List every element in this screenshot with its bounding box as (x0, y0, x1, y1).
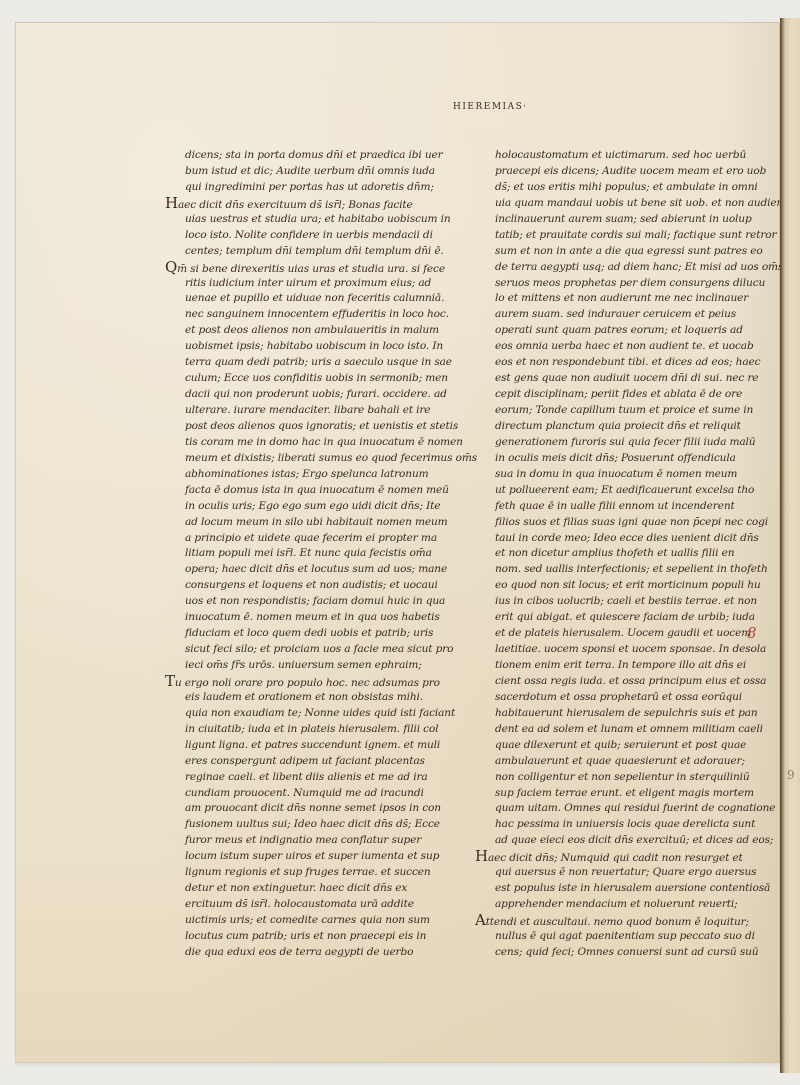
margin-faint-numeral: 9 (787, 768, 795, 782)
text-line: die qua eduxi eos de terra aegypti de ue… (185, 945, 485, 961)
text-line: dacii qui non proderunt uobis; furari. o… (185, 387, 485, 403)
text-line: Haec dicit dn̄s; Numquid qui cadit non r… (475, 849, 795, 865)
text-line: feth quae ē in ualle filii ennom ut ince… (495, 499, 795, 515)
text-line: habitauerunt hierusalem de sepulchris su… (495, 706, 795, 722)
text-line: loco isto. Nolite confidere in uerbis me… (185, 228, 485, 244)
text-line: ritis iudicium inter uirum et proximum e… (185, 276, 485, 292)
text-line: locutus cum patrib; uris et non praecepi… (185, 929, 485, 945)
text-line: nec sanguinem innocentem effuderitis in … (185, 307, 485, 323)
text-line: fusionem uultus sui; Ideo haec dicit dn̄… (185, 817, 485, 833)
text-line: eres conspergunt adipem ut faciant place… (185, 754, 485, 770)
initial-letter: T (165, 672, 175, 690)
text-line: seruos meos prophetas per diem consurgen… (495, 276, 795, 292)
text-line: inclinauerunt aurem suam; sed abierunt i… (495, 212, 795, 228)
text-line: terra quam dedi patrib; uris a saeculo u… (185, 355, 485, 371)
text-line: eos et non respondebunt tibi. et dices a… (495, 355, 795, 371)
text-line: Qm̄ si bene direxeritis uias uras et stu… (165, 260, 485, 276)
text-line: generationem furoris sui quia fecer fili… (495, 435, 795, 451)
text-line: est populus iste in hierusalem auersione… (495, 881, 795, 897)
text-line: eis laudem et orationem et non obsistas … (185, 690, 485, 706)
text-line: abhominationes istas; Ergo spelunca latr… (185, 467, 485, 483)
text-line: a principio et uidete quae fecerim ei pr… (185, 531, 485, 547)
text-line: ieci om̄s fr̄s urōs. uniuersum semen eph… (185, 658, 485, 674)
manuscript-page: HIEREMIAS· dicens; sta in porta domus dn… (15, 22, 780, 1063)
text-line: aurem suam. sed indurauer ceruicem et pe… (495, 307, 795, 323)
text-line: quia non exaudiam te; Nonne uides quid i… (185, 706, 485, 722)
text-line: quae dilexerunt et quib; seruierunt et p… (495, 738, 795, 754)
running-title: HIEREMIAS· (453, 102, 528, 112)
text-line: lignum regionis et sup fruges terrae. et… (185, 865, 485, 881)
book-gutter (780, 18, 800, 1073)
text-line: uia quam mandaui uobis ut bene sit uob. … (495, 196, 795, 212)
text-line: nom. sed uallis interfectionis; et sepel… (495, 562, 795, 578)
text-line: consurgens et loquens et non audistis; e… (185, 578, 485, 594)
text-line: detur et non extinguetur. haec dicit dn̄… (185, 881, 485, 897)
text-line: taui in corde meo; Ideo ecce dies uenien… (495, 531, 795, 547)
text-line: centes; templum dn̄i templum dn̄i templu… (185, 244, 485, 260)
text-line: opera; haec dicit dn̄s et locutus sum ad… (185, 562, 485, 578)
line-text: u ergo noli orare pro populo hoc. nec ad… (175, 677, 440, 689)
text-line: qui ingredimini per portas has ut adoret… (185, 180, 485, 196)
text-line: eorum; Tonde capillum tuum et proice et … (495, 403, 795, 419)
left-text-column: dicens; sta in porta domus dn̄i et praed… (185, 148, 485, 961)
text-line: ut pollueerent eam; Et aedificauerunt ex… (495, 483, 795, 499)
text-line: non colligentur et non sepelientur in st… (495, 770, 795, 786)
text-line: ad quae eieci eos dicit dn̄s exercituū; … (495, 833, 795, 849)
text-line: bum istud et dic; Audite uerbum dn̄i omn… (185, 164, 485, 180)
text-line: Attendi et auscultaui. nemo quod bonum ē… (475, 913, 795, 929)
text-line: post deos alienos quos ignoratis; et uen… (185, 419, 485, 435)
text-line: praecepi eis dicens; Audite uocem meam e… (495, 164, 795, 180)
text-line: uos et non respondistis; faciam domui hu… (185, 594, 485, 610)
text-line: reginae caeli. et libent diis alienis et… (185, 770, 485, 786)
initial-letter: Q (165, 258, 177, 276)
text-line: meum et dixistis; liberati sumus eo quod… (185, 451, 485, 467)
text-line: lo et mittens et non audierunt me nec in… (495, 291, 795, 307)
text-line: sup faciem terrae erunt. et eligent magi… (495, 786, 795, 802)
text-line: sacerdotum et ossa prophetarū et ossa eo… (495, 690, 795, 706)
text-line: sua in domu in qua inuocatum ē nomen meu… (495, 467, 795, 483)
text-line: ambulauerunt et quae quaesierunt et ador… (495, 754, 795, 770)
text-line: fiduciam et loco quem dedi uobis et patr… (185, 626, 485, 642)
text-line: ds̄; et uos eritis mihi populus; et ambu… (495, 180, 795, 196)
text-line: cens; quid feci; Omnes conuersi sunt ad … (495, 945, 795, 961)
text-line: in oculis uris; Ego ego sum ego uidi dic… (185, 499, 485, 515)
text-line: quam uitam. Omnes qui residui fuerint de… (495, 801, 795, 817)
text-line: tatib; et prauitate cordis sui mali; fac… (495, 228, 795, 244)
text-line: culum; Ecce uos confiditis uobis in serm… (185, 371, 485, 387)
text-line: am prouocant dicit dn̄s nonne semet ipso… (185, 801, 485, 817)
text-line: ius in cibos uolucrib; caeli et bestiis … (495, 594, 795, 610)
text-line: ad locum meum in silo ubi habitauit nome… (185, 515, 485, 531)
text-line: facta ē domus ista in qua inuocatum ē no… (185, 483, 485, 499)
text-line: sum et non in ante a die qua egressi sun… (495, 244, 795, 260)
text-line: Tu ergo noli orare pro populo hoc. nec a… (165, 674, 485, 690)
text-line: nullus ē qui agat paenitentiam sup pecca… (495, 929, 795, 945)
line-text: ttendi et auscultaui. nemo quod bonum ē … (486, 916, 749, 928)
text-line: laetitiae. uocem sponsi et uocem sponsae… (495, 642, 795, 658)
text-line: dicens; sta in porta domus dn̄i et praed… (185, 148, 485, 164)
text-line: uenae et pupillo et uiduae non feceritis… (185, 291, 485, 307)
text-line: cepit disciplinam; periit fides et ablat… (495, 387, 795, 403)
initial-letter: H (475, 847, 488, 865)
text-line: ercituum ds̄ isr̄l. holocaustomata urā a… (185, 897, 485, 913)
text-line: tis coram me in domo hac in qua inuocatu… (185, 435, 485, 451)
text-line: furor meus et indignatio mea conflatur s… (185, 833, 485, 849)
initial-letter: H (165, 194, 178, 212)
text-line: filios suos et filias suas igni quae non… (495, 515, 795, 531)
initial-letter: A (475, 911, 486, 929)
text-line: et non dicetur amplius thofeth et uallis… (495, 546, 795, 562)
text-line: litiam populi mei isr̄l. Et nunc quia fe… (185, 546, 485, 562)
line-text: m̄ si bene direxeritis uias uras et stud… (177, 263, 445, 275)
margin-chapter-numeral: 8 (747, 624, 757, 642)
text-line: est gens quae non audiuit uocem dn̄i di … (495, 371, 795, 387)
text-line: cient ossa regis iuda. et ossa principum… (495, 674, 795, 690)
text-line: operati sunt quam patres eorum; et loque… (495, 323, 795, 339)
text-line: et post deos alienos non ambulaueritis i… (185, 323, 485, 339)
text-line: Haec dicit dn̄s exercituum ds̄ isr̄l; Bo… (165, 196, 485, 212)
text-line: locum istum super uiros et super iumenta… (185, 849, 485, 865)
right-text-column: holocaustomatum et uictimarum. sed hoc u… (495, 148, 795, 961)
text-line: dent ea ad solem et lunam et omnem milit… (495, 722, 795, 738)
text-line: qui auersus ē non reuertatur; Quare ergo… (495, 865, 795, 881)
text-line: in ciuitatib; iuda et in plateis hierusa… (185, 722, 485, 738)
text-line: apprehender mendacium et noluerunt reuer… (495, 897, 795, 913)
text-line: eos omnia uerba haec et non audient te. … (495, 339, 795, 355)
text-line: uobismet ipsis; habitabo uobiscum in loc… (185, 339, 485, 355)
text-line: de terra aegypti usq; ad diem hanc; Et m… (495, 260, 795, 276)
line-text: aec dicit dn̄s exercituum ds̄ isr̄l; Bon… (178, 199, 413, 211)
text-line: ligunt ligna. et patres succendunt ignem… (185, 738, 485, 754)
text-line: inuocatum ē. nomen meum et in qua uos ha… (185, 610, 485, 626)
text-line: cundiam prouocent. Numquid me ad iracund… (185, 786, 485, 802)
text-line: uias uestras et studia ura; et habitabo … (185, 212, 485, 228)
text-line: hac pessima in uniuersis locis quae dere… (495, 817, 795, 833)
text-line: eo quod non sit locus; et erit morticinu… (495, 578, 795, 594)
text-line: directum planctum quia proiecit dn̄s et … (495, 419, 795, 435)
text-line: sicut feci silo; et proiciam uos a facie… (185, 642, 485, 658)
line-text: aec dicit dn̄s; Numquid qui cadit non re… (488, 852, 743, 864)
text-line: ulterare. iurare mendaciter. libare baha… (185, 403, 485, 419)
text-line: tionem enim erit terra. In tempore illo … (495, 658, 795, 674)
text-line: holocaustomatum et uictimarum. sed hoc u… (495, 148, 795, 164)
text-line: uictimis uris; et comedite carnes quia n… (185, 913, 485, 929)
text-line: in oculis meis dicit dn̄s; Posuerunt off… (495, 451, 795, 467)
